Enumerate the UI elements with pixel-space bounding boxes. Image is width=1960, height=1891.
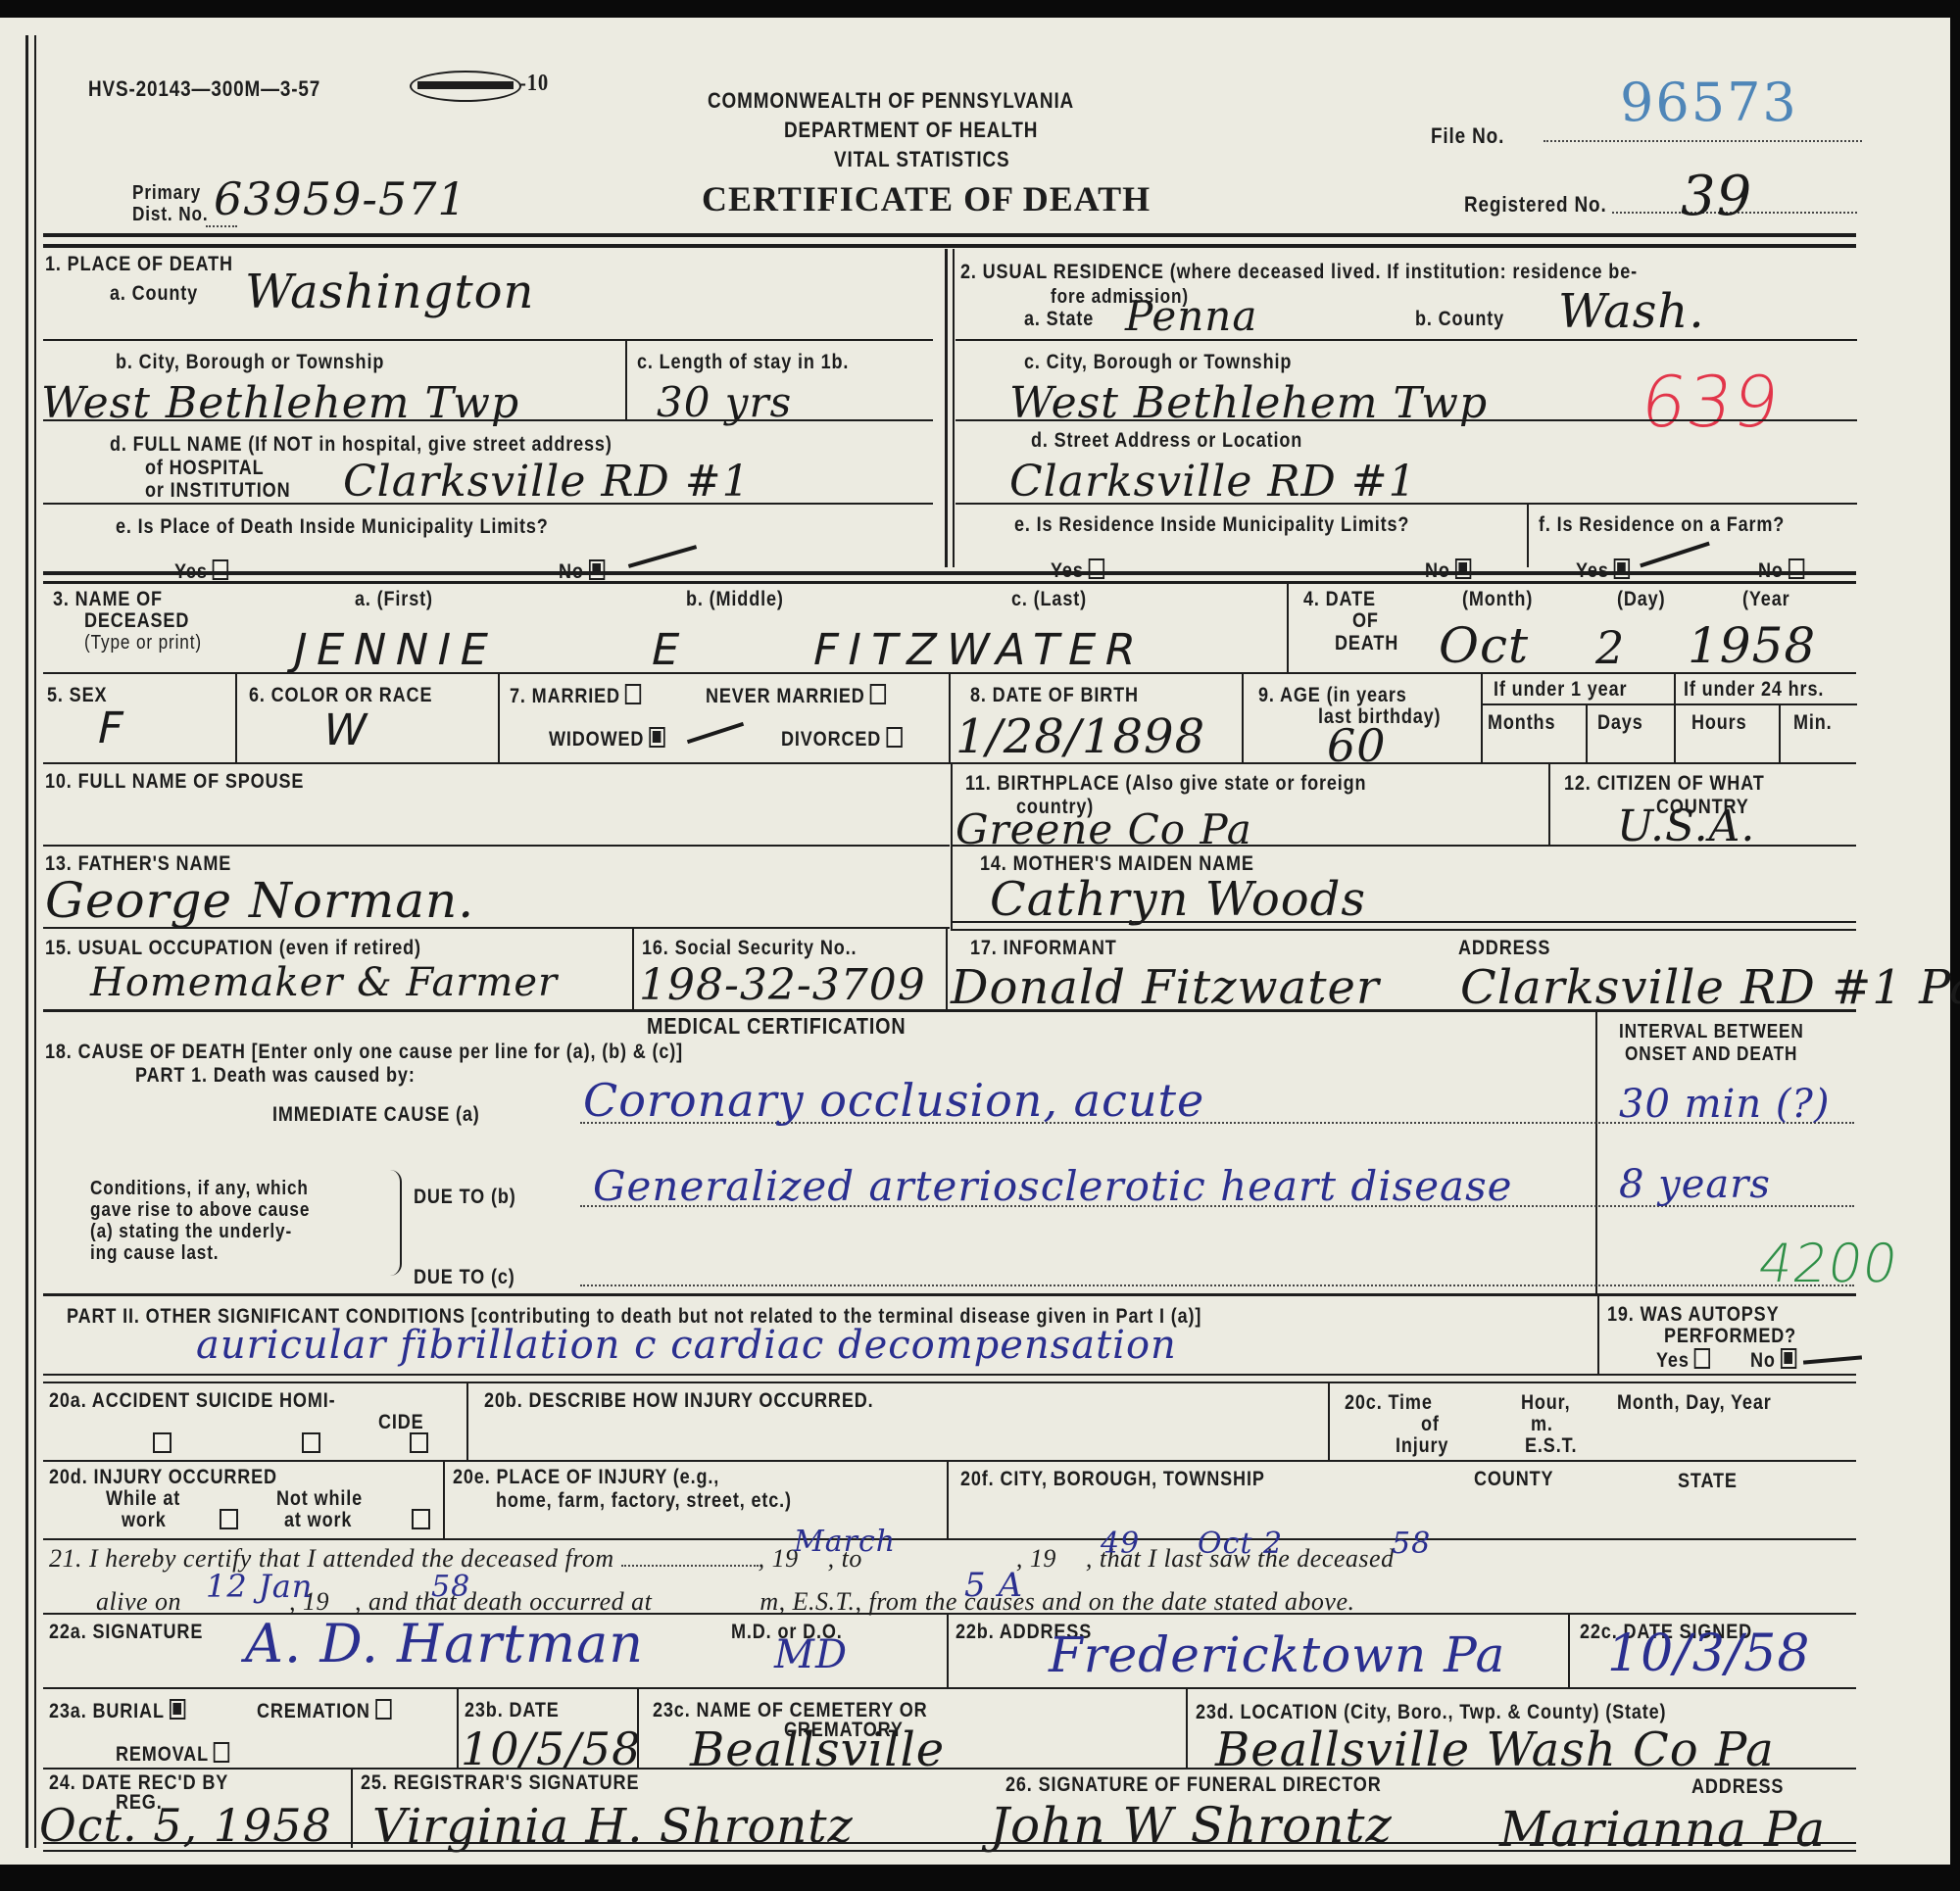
row-rule bbox=[43, 762, 1856, 764]
row-rule bbox=[43, 1382, 1856, 1383]
file-no-dotted-line bbox=[1543, 140, 1862, 142]
dod-month-value: Oct bbox=[1439, 617, 1529, 674]
registered-no-label: Registered No. bbox=[1464, 192, 1607, 218]
col-rule bbox=[1548, 762, 1550, 846]
col-rule bbox=[351, 1768, 353, 1848]
dod-label-3: DEATH bbox=[1335, 632, 1398, 655]
burial-option[interactable]: 23a. BURIAL bbox=[49, 1699, 185, 1723]
res-city-label: c. City, Borough or Township bbox=[1024, 351, 1292, 374]
occupation-label: 15. USUAL OCCUPATION (even if retired) bbox=[45, 937, 421, 960]
form-code: HVS-20143—300M—3-57 bbox=[88, 76, 320, 102]
autopsy-label-1: 19. WAS AUTOPSY bbox=[1607, 1303, 1779, 1327]
medical-section-title: MEDICAL CERTIFICATION bbox=[647, 1013, 906, 1040]
place-of-death-heading: 1. PLACE OF DEATH bbox=[45, 253, 233, 276]
immediate-cause-interval: 30 min (?) bbox=[1619, 1082, 1830, 1127]
row-rule bbox=[43, 845, 950, 847]
married-option[interactable]: 7. MARRIED bbox=[510, 684, 641, 708]
first-name-value: JENNIE bbox=[289, 625, 503, 675]
interval-label-1: INTERVAL BETWEEN bbox=[1619, 1021, 1804, 1043]
res-farm-label: f. Is Residence on a Farm? bbox=[1539, 513, 1785, 537]
conditions-label-3: (a) stating the underly- bbox=[90, 1221, 292, 1243]
part2-value: auricular fibrillation c cardiac decompe… bbox=[196, 1323, 1177, 1368]
burial-checkbox[interactable] bbox=[170, 1699, 185, 1720]
res-city-code: 639 bbox=[1636, 361, 1785, 443]
col-rule bbox=[1287, 584, 1289, 672]
injury-describe-label: 20b. DESCRIBE HOW INJURY OCCURRED. bbox=[484, 1389, 874, 1413]
form-suffix: -10 bbox=[519, 71, 549, 97]
physician-address-value: Fredericktown Pa bbox=[1049, 1626, 1505, 1683]
injury-occurred-label: 20d. INJURY OCCURRED bbox=[49, 1466, 277, 1489]
first-name-label: a. (First) bbox=[355, 588, 433, 611]
agency-line-1: COMMONWEALTH OF PENNSYLVANIA bbox=[708, 88, 1074, 114]
res-inside-limits-label: e. Is Residence Inside Municipality Limi… bbox=[1014, 513, 1409, 537]
col-rule bbox=[637, 1687, 639, 1768]
not-while-at-work-2: at work bbox=[284, 1509, 352, 1532]
dob-label: 8. DATE OF BIRTH bbox=[970, 684, 1139, 707]
res-street-value: Clarksville RD #1 bbox=[1009, 457, 1417, 507]
section-rule bbox=[43, 571, 1856, 575]
not-while-at-work-1: Not while bbox=[276, 1487, 363, 1511]
race-value: W bbox=[318, 705, 381, 755]
cremation-option[interactable]: CREMATION bbox=[257, 1699, 391, 1723]
bracket bbox=[390, 1170, 402, 1276]
dod-day-value: 2 bbox=[1595, 621, 1625, 674]
row-rule bbox=[43, 339, 933, 341]
last-name-value: FITZWATER bbox=[808, 625, 1151, 675]
injury-time-hour: Hour, bbox=[1521, 1391, 1570, 1415]
pod-inside-no-checkbox[interactable] bbox=[589, 559, 605, 580]
cause-of-death-label: 18. CAUSE OF DEATH [Enter only one cause… bbox=[45, 1041, 683, 1064]
row-rule bbox=[43, 1850, 1856, 1852]
col-rule bbox=[947, 1613, 949, 1687]
pod-hospital-value: Clarksville RD #1 bbox=[343, 457, 751, 507]
informant-value: Donald Fitzwater bbox=[951, 960, 1380, 1015]
father-value: George Norman. bbox=[45, 872, 474, 929]
row-rule bbox=[43, 927, 950, 929]
suicide-checkbox[interactable] bbox=[302, 1432, 320, 1453]
row-rule bbox=[43, 1009, 1856, 1012]
occupation-value: Homemaker & Farmer bbox=[90, 960, 558, 1005]
checkmark-stroke bbox=[1640, 542, 1710, 568]
res-farm-yes-checkbox[interactable] bbox=[1614, 558, 1630, 579]
injury-state-label: STATE bbox=[1678, 1470, 1738, 1493]
injury-type-label: 20a. ACCIDENT SUICIDE HOMI- bbox=[49, 1389, 335, 1413]
married-checkbox[interactable] bbox=[625, 684, 641, 704]
funeral-director-signature: John W Shrontz bbox=[990, 1797, 1393, 1854]
min-label: Min. bbox=[1793, 711, 1833, 735]
due-to-c-line bbox=[580, 1285, 1854, 1286]
union-label-seal-icon bbox=[410, 71, 521, 102]
col-rule bbox=[457, 1687, 459, 1768]
mother-value: Cathryn Woods bbox=[990, 872, 1366, 927]
left-border-rule-inner bbox=[34, 35, 36, 1848]
sex-value: F bbox=[93, 703, 138, 753]
row-rule bbox=[43, 503, 933, 505]
under-24-hrs-label: If under 24 hrs. bbox=[1684, 678, 1824, 702]
file-no-label: File No. bbox=[1431, 123, 1504, 149]
pod-inside-limits-label: e. Is Place of Death Inside Municipality… bbox=[116, 515, 549, 539]
cremation-checkbox[interactable] bbox=[375, 1699, 391, 1720]
primary-dist-label-2: Dist. No. bbox=[132, 204, 209, 226]
agency-line-2: DEPARTMENT OF HEALTH bbox=[784, 118, 1038, 143]
dod-label-1: 4. DATE bbox=[1303, 588, 1376, 611]
injury-county-label: COUNTY bbox=[1474, 1468, 1553, 1491]
days-label: Days bbox=[1597, 711, 1643, 735]
name-label-2: DECEASED bbox=[84, 609, 189, 633]
res-farm-no-checkbox[interactable] bbox=[1788, 558, 1804, 579]
checkmark-stroke bbox=[687, 722, 744, 744]
col-rule bbox=[947, 1460, 949, 1538]
middle-name-value: E bbox=[647, 625, 695, 675]
primary-dist-label-1: Primary bbox=[132, 182, 201, 205]
injury-time-m: m. bbox=[1531, 1413, 1553, 1436]
physician-signature-label: 22a. SIGNATURE bbox=[49, 1621, 203, 1644]
death-time-value: 5 A bbox=[964, 1566, 1023, 1605]
col-rule bbox=[1568, 1613, 1570, 1687]
section-rule-2 bbox=[43, 581, 1856, 584]
row-rule bbox=[955, 503, 1857, 505]
from-year-value: 49 bbox=[1101, 1527, 1140, 1561]
row-rule bbox=[43, 1293, 1856, 1296]
informant-address-label: ADDRESS bbox=[1458, 937, 1550, 960]
row-rule bbox=[43, 1538, 1856, 1540]
hours-label: Hours bbox=[1691, 711, 1746, 735]
col-rule bbox=[1779, 703, 1781, 762]
ssn-value: 198-32-3709 bbox=[639, 960, 926, 1010]
col-rule bbox=[1481, 672, 1483, 762]
divorced-option[interactable]: DIVORCED bbox=[781, 727, 903, 752]
col-rule bbox=[443, 1460, 445, 1538]
col-rule bbox=[498, 672, 500, 762]
page-title: CERTIFICATE OF DEATH bbox=[702, 178, 1151, 219]
accident-checkbox[interactable] bbox=[153, 1432, 171, 1453]
attended-to-value: Oct 2 bbox=[1198, 1527, 1283, 1561]
primary-dist-value: 63959-571 bbox=[214, 172, 467, 225]
date-signed-value: 10/3/58 bbox=[1607, 1624, 1810, 1683]
injury-place-label-1: 20e. PLACE OF INJURY (e.g., bbox=[453, 1466, 719, 1489]
res-state-label: a. State bbox=[1024, 308, 1094, 331]
col-rule bbox=[1186, 1687, 1188, 1768]
age-label-1: 9. AGE (in years bbox=[1258, 684, 1407, 707]
funeral-director-label: 26. SIGNATURE OF FUNERAL DIRECTOR bbox=[1005, 1773, 1382, 1797]
interval-label-2: ONSET AND DEATH bbox=[1625, 1043, 1797, 1066]
seen-year-value: 58 bbox=[431, 1570, 470, 1604]
not-while-at-work-checkbox[interactable] bbox=[412, 1509, 430, 1529]
dod-year-value: 1958 bbox=[1688, 617, 1816, 674]
autopsy-no-checkbox[interactable] bbox=[1781, 1348, 1796, 1369]
disposition-date-label: 23b. DATE bbox=[465, 1699, 560, 1722]
col-rule bbox=[1597, 1293, 1599, 1374]
col-rule bbox=[1674, 672, 1676, 762]
autopsy-yes[interactable]: Yes bbox=[1656, 1348, 1710, 1373]
due-to-b-interval: 8 years bbox=[1619, 1162, 1771, 1207]
physician-signature-value: A. D. Hartman bbox=[245, 1613, 644, 1674]
name-label-3: (Type or print) bbox=[84, 632, 202, 655]
col-rule bbox=[625, 339, 627, 419]
months-label: Months bbox=[1488, 711, 1555, 735]
conditions-label-4: ing cause last. bbox=[90, 1242, 219, 1265]
death-certificate: HVS-20143—300M—3-57 -10 COMMONWEALTH OF … bbox=[0, 18, 1950, 1865]
col-rule bbox=[1586, 703, 1588, 762]
immediate-cause-label: IMMEDIATE CAUSE (a) bbox=[272, 1103, 480, 1127]
registrar-label: 25. REGISTRAR'S SIGNATURE bbox=[361, 1771, 639, 1795]
pod-inside-yes-checkbox[interactable] bbox=[213, 559, 228, 580]
row-rule bbox=[43, 1768, 1856, 1770]
injury-time-label-3: Injury bbox=[1396, 1434, 1448, 1458]
cause-code: 4200 bbox=[1753, 1233, 1903, 1294]
res-street-label: d. Street Address or Location bbox=[1031, 429, 1302, 453]
row-rule bbox=[43, 1842, 1856, 1844]
part1-label: PART 1. Death was caused by: bbox=[135, 1064, 416, 1088]
injury-time-est: E.S.T. bbox=[1525, 1434, 1577, 1458]
middle-name-label: b. (Middle) bbox=[686, 588, 784, 611]
row-rule bbox=[43, 419, 933, 421]
injury-time-label-2: of bbox=[1421, 1413, 1440, 1436]
pod-hospital-label-3: or INSTITUTION bbox=[145, 479, 290, 503]
race-label: 6. COLOR OR RACE bbox=[249, 684, 432, 707]
dod-label-2: OF bbox=[1352, 609, 1379, 633]
due-to-b-label: DUE TO (b) bbox=[414, 1186, 516, 1209]
dod-year-label: (Year bbox=[1742, 588, 1789, 611]
informant-address-value: Clarksville RD #1 Pa bbox=[1460, 960, 1960, 1015]
col-rule bbox=[1595, 1009, 1597, 1293]
col-rule bbox=[949, 672, 951, 762]
res-inside-no-checkbox[interactable] bbox=[1455, 558, 1471, 579]
left-border-rule bbox=[25, 35, 28, 1848]
removal-checkbox[interactable] bbox=[214, 1742, 229, 1763]
registrar-signature: Virginia H. Shrontz bbox=[372, 1799, 854, 1854]
col-rule bbox=[946, 927, 948, 1010]
dod-day-label: (Day) bbox=[1617, 588, 1665, 611]
name-label-1: 3. NAME OF bbox=[53, 588, 163, 611]
row-rule bbox=[953, 921, 1856, 923]
conditions-label-2: gave rise to above cause bbox=[90, 1199, 310, 1222]
row-rule bbox=[43, 1687, 1856, 1689]
pod-hospital-label-1: d. FULL NAME (If NOT in hospital, give s… bbox=[110, 433, 612, 457]
agency-line-3: VITAL STATISTICS bbox=[834, 147, 1009, 172]
sex-label: 5. SEX bbox=[47, 684, 107, 707]
res-inside-yes-checkbox[interactable] bbox=[1089, 558, 1104, 579]
res-county-label: b. County bbox=[1415, 308, 1504, 331]
injury-time-label-1: 20c. Time bbox=[1345, 1391, 1433, 1415]
homicide-checkbox[interactable] bbox=[410, 1432, 428, 1453]
autopsy-no[interactable]: No bbox=[1750, 1348, 1796, 1373]
col-rule bbox=[466, 1382, 468, 1460]
section-divider-2 bbox=[953, 249, 955, 567]
autopsy-label-2: PERFORMED? bbox=[1664, 1325, 1796, 1348]
last-seen-value: 12 Jan bbox=[206, 1568, 313, 1605]
immediate-cause-value: Coronary occlusion, acute bbox=[583, 1074, 1204, 1127]
injury-place-label-2: home, farm, factory, street, etc.) bbox=[496, 1489, 792, 1513]
ssn-label: 16. Social Security No.. bbox=[642, 937, 857, 960]
while-at-work-1: While at bbox=[106, 1487, 180, 1511]
divorced-checkbox[interactable] bbox=[886, 727, 902, 748]
dob-value: 1/28/1898 bbox=[955, 709, 1205, 764]
dod-month-label: (Month) bbox=[1462, 588, 1533, 611]
header-rule-2 bbox=[43, 244, 1856, 248]
birthplace-label-1: 11. BIRTHPLACE (Also give state or forei… bbox=[965, 772, 1366, 796]
header-rule bbox=[43, 233, 1856, 237]
md-do-value: MD bbox=[774, 1632, 848, 1677]
autopsy-yes-checkbox[interactable] bbox=[1694, 1348, 1710, 1369]
file-no-stamp: 96573 bbox=[1620, 72, 1798, 133]
injury-city-label: 20f. CITY, BOROUGH, TOWNSHIP bbox=[960, 1468, 1265, 1491]
res-county-value: Wash. bbox=[1558, 284, 1705, 339]
widowed-checkbox[interactable] bbox=[649, 727, 664, 748]
pod-stay-label: c. Length of stay in 1b. bbox=[637, 351, 849, 374]
funeral-address-label: ADDRESS bbox=[1691, 1775, 1784, 1799]
burial-location-label: 23d. LOCATION (City, Boro., Twp. & Count… bbox=[1196, 1701, 1666, 1724]
row-rule bbox=[953, 929, 1856, 931]
injury-time-mdy: Month, Day, Year bbox=[1617, 1391, 1772, 1415]
pod-county-value: Washington bbox=[245, 265, 534, 319]
conditions-label-1: Conditions, if any, which bbox=[90, 1178, 309, 1200]
res-state-value: Penna bbox=[1125, 292, 1257, 340]
checkmark-stroke bbox=[628, 545, 697, 568]
col-rule bbox=[951, 762, 953, 931]
to-year-value: 58 bbox=[1392, 1527, 1431, 1561]
last-name-label: c. (Last) bbox=[1011, 588, 1087, 611]
col-rule bbox=[1527, 503, 1529, 567]
spouse-label: 10. FULL NAME OF SPOUSE bbox=[45, 770, 304, 794]
pod-city-label: b. City, Borough or Township bbox=[116, 351, 384, 374]
section-divider bbox=[945, 249, 948, 567]
pod-county-label: a. County bbox=[110, 282, 198, 306]
row-rule bbox=[1481, 703, 1857, 705]
col-rule bbox=[1328, 1382, 1330, 1460]
citizen-label-1: 12. CITIZEN OF WHAT bbox=[1564, 772, 1765, 796]
pod-hospital-label-2: of HOSPITAL bbox=[145, 457, 264, 480]
attended-from-value: March bbox=[794, 1525, 896, 1559]
row-rule bbox=[43, 1460, 1856, 1462]
never-married-checkbox[interactable] bbox=[870, 684, 886, 704]
col-rule bbox=[235, 672, 237, 762]
row-rule bbox=[955, 419, 1857, 421]
col-rule bbox=[1242, 672, 1244, 762]
due-to-b-value: Generalized arteriosclerotic heart disea… bbox=[593, 1162, 1513, 1210]
registered-no-value: 39 bbox=[1681, 165, 1752, 228]
due-to-c-label: DUE TO (c) bbox=[414, 1266, 515, 1289]
row-rule bbox=[955, 339, 1857, 341]
never-married-option[interactable]: NEVER MARRIED bbox=[706, 684, 886, 708]
checkmark-stroke bbox=[1803, 1355, 1862, 1364]
under-1-year-label: If under 1 year bbox=[1494, 678, 1627, 702]
primary-dist-dotted-line bbox=[206, 225, 237, 227]
while-at-work-2: work bbox=[122, 1509, 167, 1532]
widowed-option[interactable]: WIDOWED bbox=[549, 727, 665, 752]
row-rule bbox=[953, 845, 1856, 847]
removal-option[interactable]: REMOVAL bbox=[116, 1742, 229, 1767]
col-rule bbox=[632, 927, 634, 1010]
residence-heading: 2. USUAL RESIDENCE (where deceased lived… bbox=[960, 261, 1638, 284]
informant-label: 17. INFORMANT bbox=[970, 937, 1117, 960]
while-at-work-checkbox[interactable] bbox=[220, 1509, 238, 1529]
injury-type-label-2: CIDE bbox=[378, 1411, 424, 1434]
row-rule bbox=[43, 1374, 1856, 1376]
